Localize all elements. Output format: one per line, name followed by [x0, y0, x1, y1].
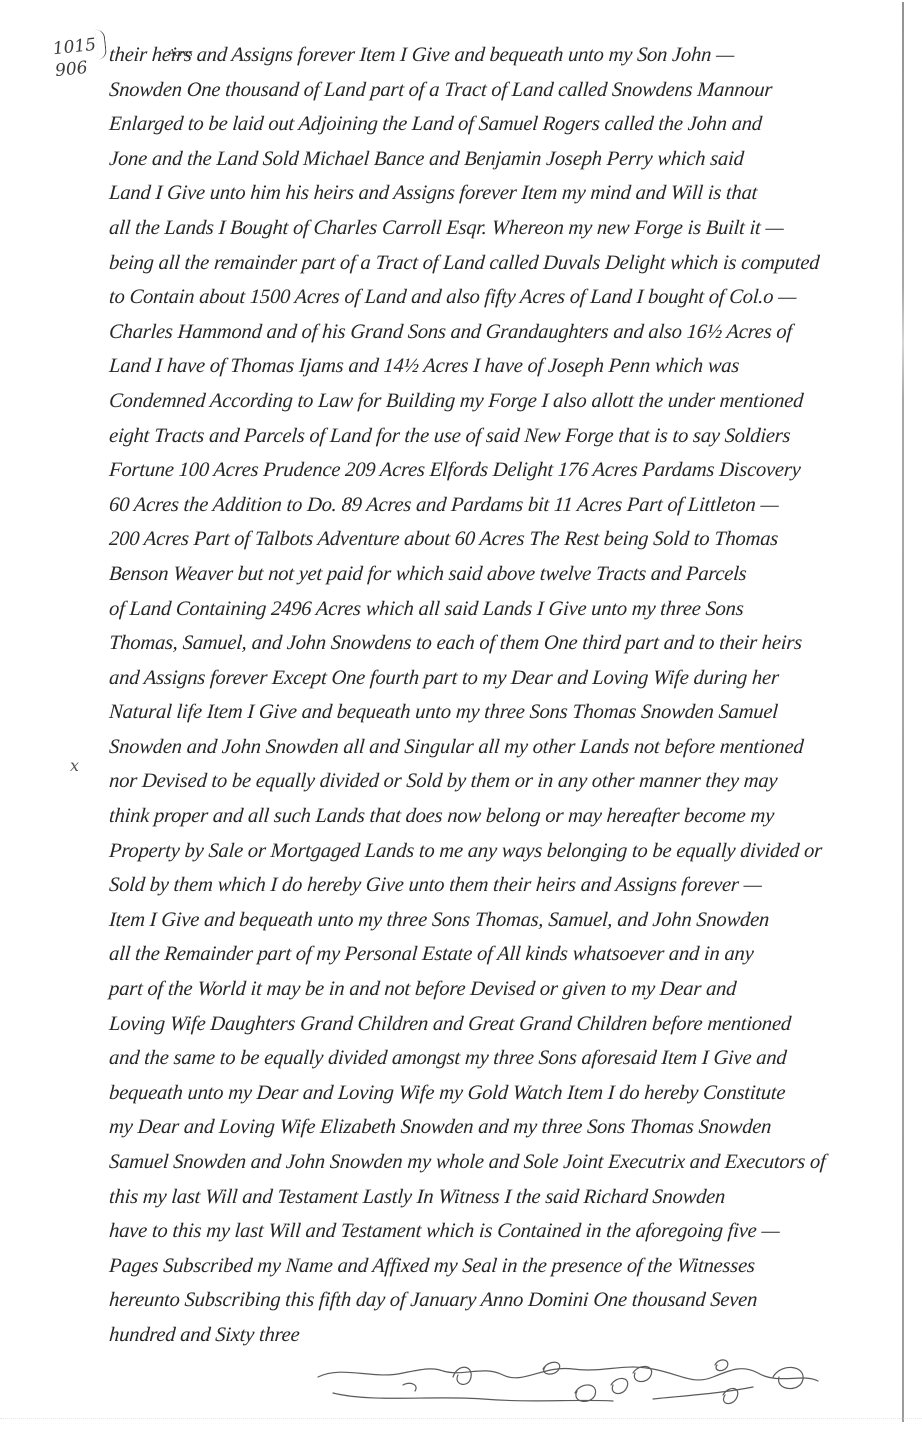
text-line: Land I have of Thomas Ijams and 14½ Acre… [108, 349, 860, 384]
text-line: to Contain about 1500 Acres of Land and … [108, 280, 860, 315]
closing-flourish-icon [313, 1355, 833, 1415]
text-line: Thomas, Samuel, and John Snowdens to eac… [108, 626, 860, 661]
text-line: bequeath unto my Dear and Loving Wife my… [108, 1076, 860, 1111]
text-line: Snowden and John Snowden all and Singula… [108, 730, 860, 765]
margin-cross-mark: x [70, 756, 79, 775]
text-line: Loving Wife Daughters Grand Children and… [108, 1007, 860, 1042]
text-line: hundred and Sixty three [108, 1318, 860, 1353]
text-line: Benson Weaver but not yet paid for which… [108, 557, 860, 592]
text-line: Samuel Snowden and John Snowden my whole… [108, 1145, 860, 1180]
text-line: being all the remainder part of a Tract … [108, 246, 860, 281]
page-edge-rule [902, 2, 904, 1422]
text-line: their heirs and Assigns forever Item I G… [108, 38, 860, 73]
scan-edge-noise [0, 1418, 922, 1425]
text-line: 200 Acres Part of Talbots Adventure abou… [108, 522, 860, 557]
text-line: Fortune 100 Acres Prudence 209 Acres Elf… [108, 453, 860, 488]
text-line: Pages Subscribed my Name and Affixed my … [108, 1249, 860, 1284]
text-line: hereunto Subscribing this fifth day of J… [108, 1283, 860, 1318]
text-line: Charles Hammond and of his Grand Sons an… [108, 315, 860, 350]
text-line: Condemned According to Law for Building … [108, 384, 860, 419]
text-line: think proper and all such Lands that doe… [108, 799, 860, 834]
text-line: Land I Give unto him his heirs and Assig… [108, 176, 860, 211]
text-line: Enlarged to be laid out Adjoining the La… [108, 107, 860, 142]
margin-folio-note: 1015 906 [52, 34, 100, 82]
text-line: eight Tracts and Parcels of Land for the… [108, 419, 860, 454]
margin-note-top: 1015 [52, 34, 97, 60]
text-line: Snowden One thousand of Land part of a T… [108, 73, 860, 108]
text-line: have to this my last Will and Testament … [108, 1214, 860, 1249]
will-text: their heirs and Assigns forever Item I G… [108, 38, 858, 1353]
text-line: and Assigns forever Except One fourth pa… [108, 661, 860, 696]
text-line: this my last Will and Testament Lastly I… [108, 1180, 860, 1215]
text-line: Sold by them which I do hereby Give unto… [108, 868, 860, 903]
manuscript-page: 1015 906 x Acres their heirs and Assigns… [0, 0, 922, 1437]
text-line: and the same to be equally divided among… [108, 1041, 860, 1076]
text-line: Natural life Item I Give and bequeath un… [108, 695, 860, 730]
text-line: all the Remainder part of my Personal Es… [108, 937, 860, 972]
text-line: 60 Acres the Addition to Do. 89 Acres an… [108, 488, 860, 523]
text-line: Item I Give and bequeath unto my three S… [108, 903, 860, 938]
text-line: Property by Sale or Mortgaged Lands to m… [108, 834, 860, 869]
text-line: my Dear and Loving Wife Elizabeth Snowde… [108, 1110, 860, 1145]
text-line: nor Devised to be equally divided or Sol… [108, 764, 860, 799]
text-line: all the Lands I Bought of Charles Carrol… [108, 211, 860, 246]
text-line: Jone and the Land Sold Michael Bance and… [108, 142, 860, 177]
text-line: of Land Containing 2496 Acres which all … [108, 592, 860, 627]
margin-note-bottom: 906 [54, 56, 99, 82]
margin-bracket [95, 29, 107, 60]
text-line: part of the World it may be in and not b… [108, 972, 860, 1007]
